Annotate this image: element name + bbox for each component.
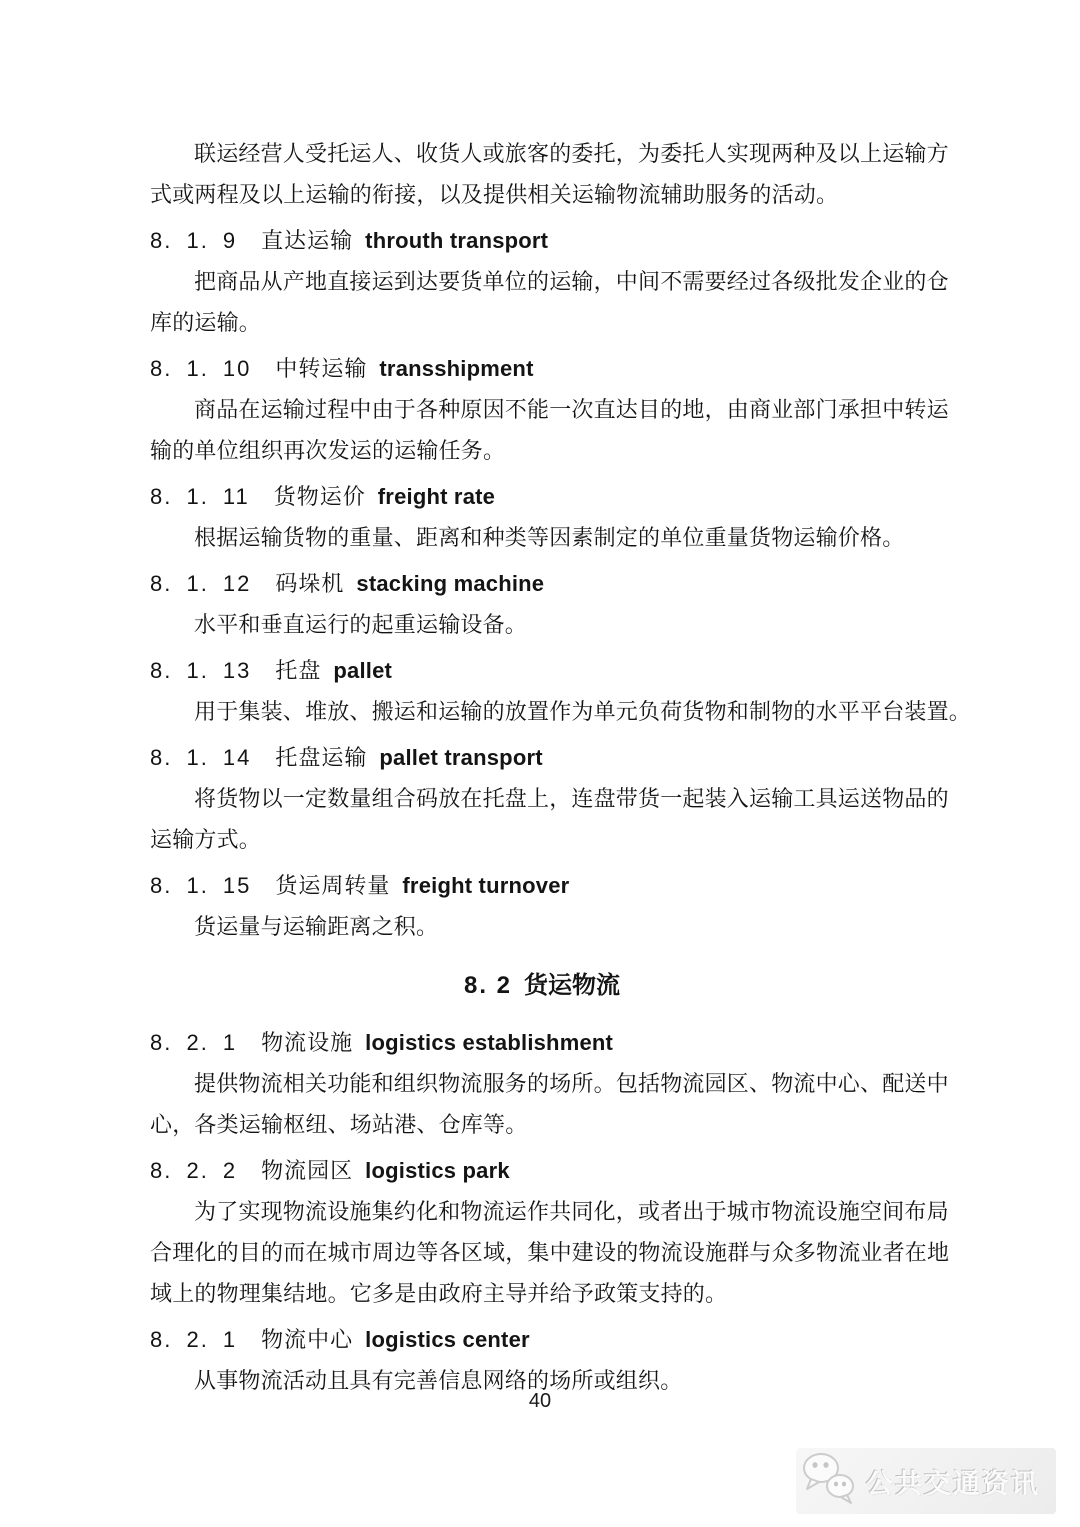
definition-paragraph: 联运经营人受托运人、收货人或旅客的委托，为委托人实现两种及以上运输方式或两程及以… <box>150 133 934 215</box>
term-heading: 8. 1. 14托盘运输pallet transport <box>150 737 934 778</box>
definition-paragraph: 商品在运输过程中由于各种原因不能一次直达目的地，由商业部门承担中转运输的单位组织… <box>150 389 934 471</box>
term-heading: 8. 1. 10中转运输transshipment <box>150 348 934 389</box>
term-heading: 8. 1. 15货运周转量freight turnover <box>150 865 934 906</box>
paragraph-line: 输的单位组织再次发运的运输任务。 <box>150 430 934 471</box>
watermark: 公共交通资讯 <box>796 1448 1056 1514</box>
term-number: 8. 1. 10 <box>150 356 251 381</box>
term-english: transshipment <box>379 356 533 381</box>
paragraph-line: 库的运输。 <box>150 302 934 343</box>
term-heading: 8. 1. 11货物运价freight rate <box>150 476 934 517</box>
paragraph-line: 提供物流相关功能和组织物流服务的场所。包括物流园区、物流中心、配送中 <box>150 1063 934 1104</box>
term-number: 8. 2. 2 <box>150 1158 237 1183</box>
definition-paragraph: 货运量与运输距离之积。 <box>150 906 934 947</box>
term-english: pallet transport <box>379 745 542 770</box>
term-english: pallet <box>333 658 392 683</box>
wechat-icon <box>800 1451 858 1512</box>
paragraph-line: 为了实现物流设施集约化和物流运作共同化，或者出于城市物流设施空间布局 <box>150 1191 934 1232</box>
term-chinese: 货物运价 <box>274 484 366 509</box>
term-chinese: 货运周转量 <box>275 873 390 898</box>
paragraph-line: 合理化的目的而在城市周边等各区域，集中建设的物流设施群与众多物流业者在地 <box>150 1232 934 1273</box>
definition-paragraph: 水平和垂直运行的起重运输设备。 <box>150 604 934 645</box>
definition-paragraph: 将货物以一定数量组合码放在托盘上，连盘带货一起装入运输工具运送物品的运输方式。 <box>150 778 934 860</box>
term-english: logistics establishment <box>365 1030 613 1055</box>
term-chinese: 中转运输 <box>275 356 367 381</box>
term-english: logistics park <box>365 1158 510 1183</box>
definition-paragraph: 根据运输货物的重量、距离和种类等因素制定的单位重量货物运输价格。 <box>150 517 934 558</box>
term-chinese: 物流园区 <box>261 1158 353 1183</box>
definition-paragraph: 为了实现物流设施集约化和物流运作共同化，或者出于城市物流设施空间布局合理化的目的… <box>150 1191 934 1314</box>
term-number: 8. 2. 1 <box>150 1030 237 1055</box>
term-english: throuth transport <box>365 228 548 253</box>
term-heading: 8. 1. 13托盘pallet <box>150 650 934 691</box>
paragraph-line: 商品在运输过程中由于各种原因不能一次直达目的地，由商业部门承担中转运 <box>150 389 934 430</box>
paragraph-line: 用于集装、堆放、搬运和运输的放置作为单元负荷货物和制物的水平平台装置。 <box>150 691 934 732</box>
paragraph-line: 心，各类运输枢纽、场站港、仓库等。 <box>150 1104 934 1145</box>
document-page: 联运经营人受托运人、收货人或旅客的委托，为委托人实现两种及以上运输方式或两程及以… <box>0 0 1080 1527</box>
paragraph-line: 运输方式。 <box>150 819 934 860</box>
term-english: stacking machine <box>356 571 544 596</box>
term-number: 8. 1. 11 <box>150 484 250 509</box>
term-heading: 8. 1. 9直达运输throuth transport <box>150 220 934 261</box>
section-number: 8. 2 <box>464 972 512 999</box>
paragraph-line: 货运量与运输距离之积。 <box>150 906 934 947</box>
definition-paragraph: 提供物流相关功能和组织物流服务的场所。包括物流园区、物流中心、配送中心，各类运输… <box>150 1063 934 1145</box>
term-number: 8. 1. 9 <box>150 228 237 253</box>
paragraph-line: 根据运输货物的重量、距离和种类等因素制定的单位重量货物运输价格。 <box>150 517 934 558</box>
term-english: freight rate <box>378 484 495 509</box>
paragraph-line: 将货物以一定数量组合码放在托盘上，连盘带货一起装入运输工具运送物品的 <box>150 778 934 819</box>
term-english: freight turnover <box>402 873 569 898</box>
page-number: 40 <box>0 1390 1080 1413</box>
term-number: 8. 2. 1 <box>150 1327 237 1352</box>
term-chinese: 直达运输 <box>261 228 353 253</box>
paragraph-line: 域上的物理集结地。它多是由政府主导并给予政策支持的。 <box>150 1273 934 1314</box>
term-chinese: 托盘 <box>275 658 321 683</box>
term-chinese: 物流设施 <box>261 1030 353 1055</box>
term-heading: 8. 2. 1物流中心logistics center <box>150 1319 934 1360</box>
paragraph-line: 水平和垂直运行的起重运输设备。 <box>150 604 934 645</box>
definition-paragraph: 用于集装、堆放、搬运和运输的放置作为单元负荷货物和制物的水平平台装置。 <box>150 691 934 732</box>
paragraph-line: 式或两程及以上运输的衔接，以及提供相关运输物流辅助服务的活动。 <box>150 174 934 215</box>
term-heading: 8. 2. 2物流园区logistics park <box>150 1150 934 1191</box>
term-number: 8. 1. 12 <box>150 571 251 596</box>
watermark-text: 公共交通资讯 <box>866 1462 1040 1501</box>
term-number: 8. 1. 15 <box>150 873 251 898</box>
term-chinese: 码垛机 <box>275 571 344 596</box>
paragraph-line: 把商品从产地直接运到达要货单位的运输，中间不需要经过各级批发企业的仓 <box>150 261 934 302</box>
term-heading: 8. 1. 12码垛机stacking machine <box>150 563 934 604</box>
term-number: 8. 1. 13 <box>150 658 251 683</box>
term-english: logistics center <box>365 1327 530 1352</box>
definition-paragraph: 把商品从产地直接运到达要货单位的运输，中间不需要经过各级批发企业的仓库的运输。 <box>150 261 934 343</box>
term-chinese: 托盘运输 <box>275 745 367 770</box>
term-number: 8. 1. 14 <box>150 745 251 770</box>
term-chinese: 物流中心 <box>261 1327 353 1352</box>
document-content: 联运经营人受托运人、收货人或旅客的委托，为委托人实现两种及以上运输方式或两程及以… <box>150 133 934 1401</box>
term-heading: 8. 2. 1物流设施logistics establishment <box>150 1022 934 1063</box>
section-title: 货运物流 <box>524 972 620 999</box>
section-heading: 8. 2货运物流 <box>150 965 934 1006</box>
paragraph-line: 联运经营人受托运人、收货人或旅客的委托，为委托人实现两种及以上运输方 <box>150 133 934 174</box>
